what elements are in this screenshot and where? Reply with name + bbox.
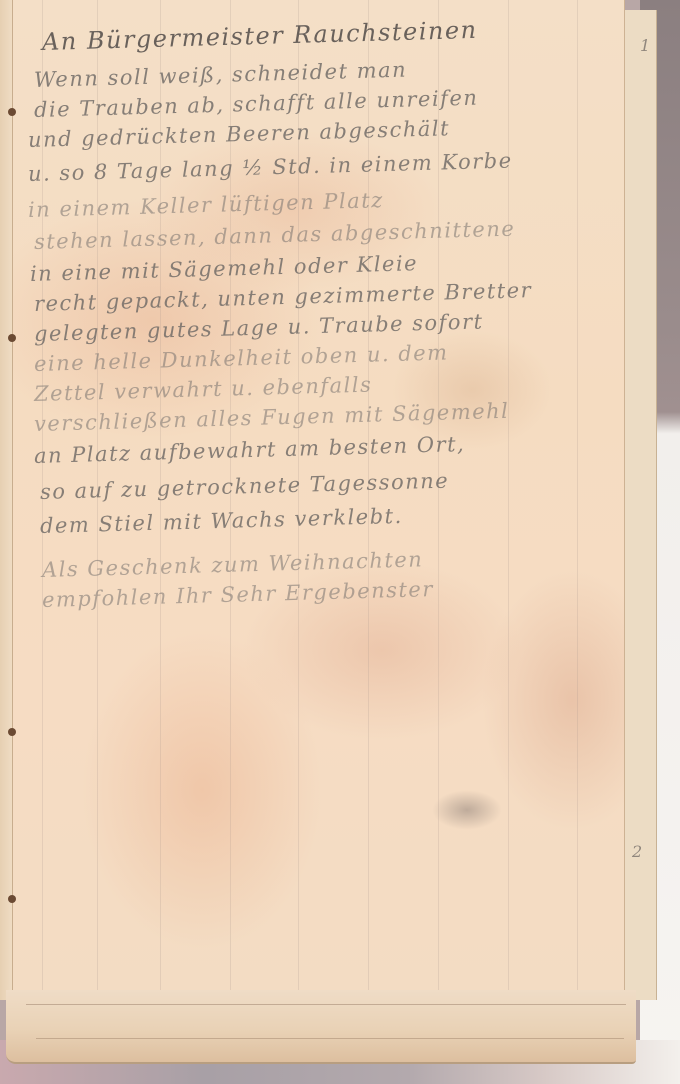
pencil-smudge xyxy=(432,790,502,830)
ruling-line xyxy=(438,0,439,992)
ruling-line xyxy=(368,0,369,992)
margin-mark-top-right: 1 xyxy=(640,36,650,55)
page-crease xyxy=(26,1004,626,1005)
document-title: An Bürgermeister Rauchsteinen xyxy=(42,12,605,56)
text-line: an Platz aufbewahrt am besten Ort, xyxy=(34,428,604,468)
notebook-page: An Bürgermeister Rauchsteinen Wenn soll … xyxy=(12,0,625,992)
text-line: so auf zu getrocknete Tagessonne xyxy=(40,464,604,504)
binding-edge xyxy=(0,0,13,1000)
page-crease xyxy=(36,1038,624,1039)
binding-hole xyxy=(8,108,16,116)
binding-hole xyxy=(8,728,16,736)
page-stack-bottom-edge xyxy=(6,990,636,1064)
binding-hole xyxy=(8,895,16,903)
text-line: dem Stiel mit Wachs verklebt. xyxy=(40,498,604,538)
text-line: u. so 8 Tage lang ½ Std. in einem Korbe xyxy=(28,146,604,186)
page-number: 2 xyxy=(632,842,642,861)
binding-hole xyxy=(8,334,16,342)
